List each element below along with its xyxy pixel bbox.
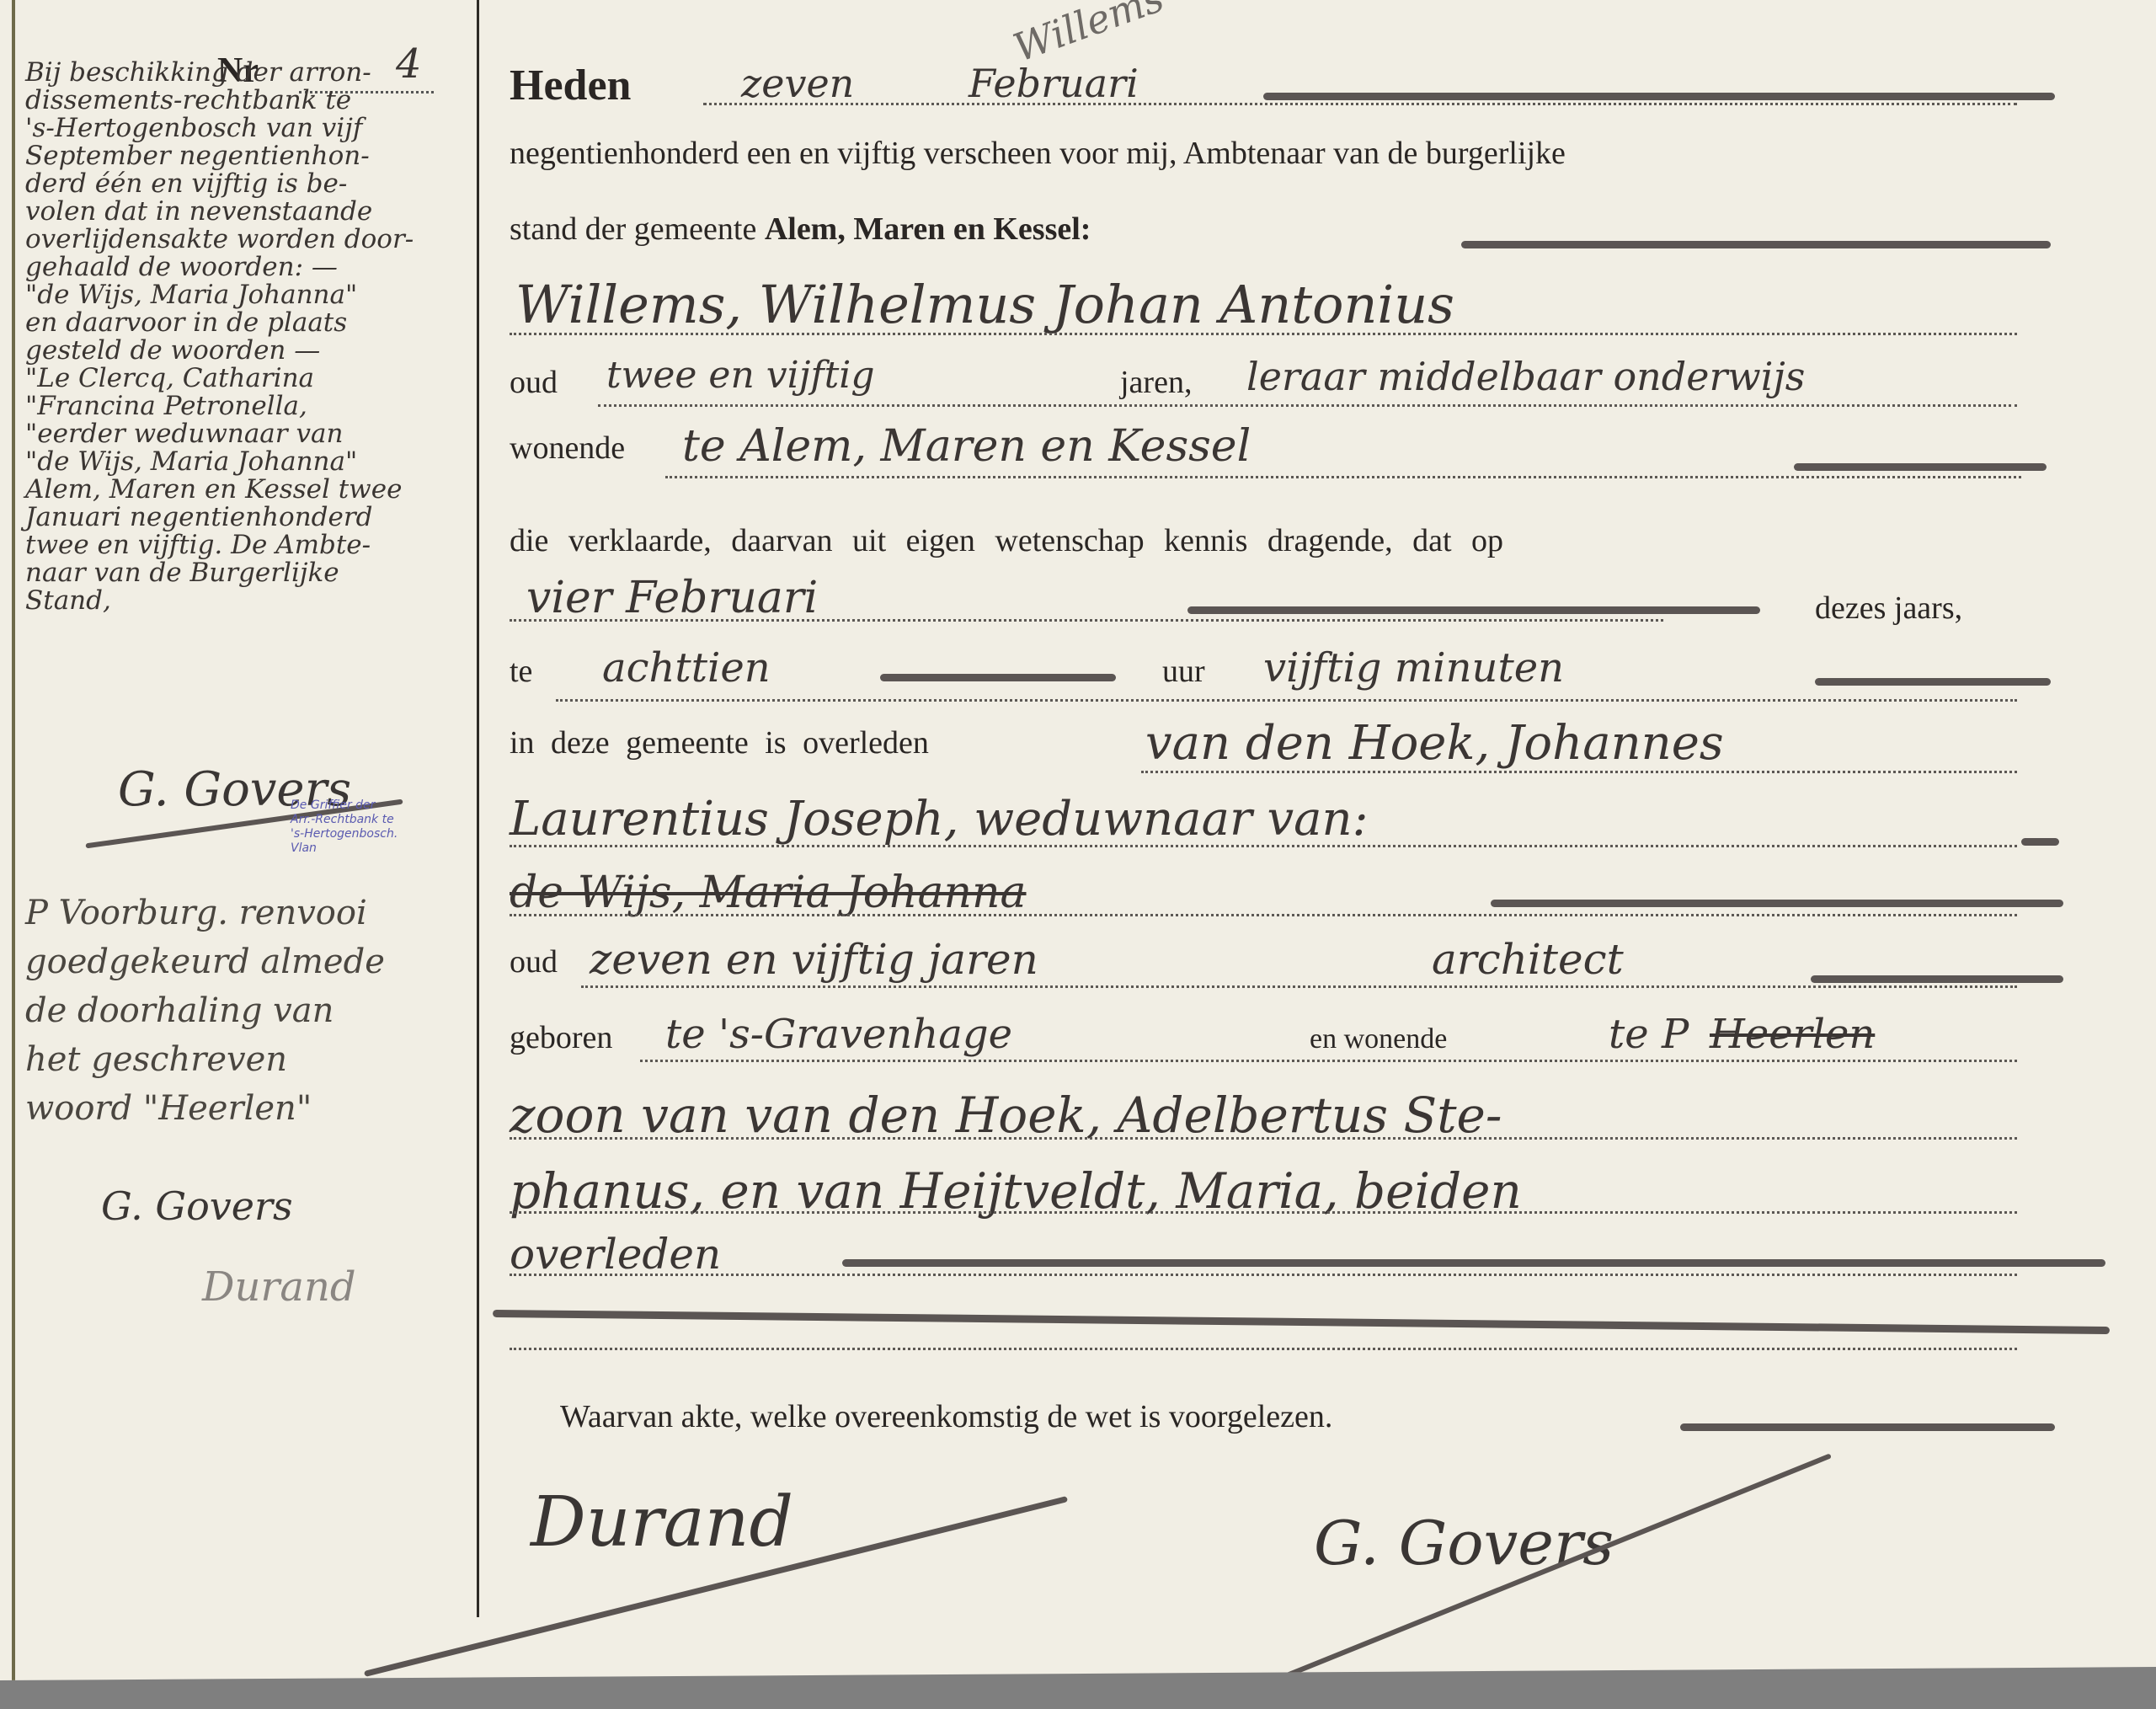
margin-line: Bij beschikking der arron- bbox=[25, 59, 472, 87]
dotted-rule bbox=[510, 1211, 2017, 1214]
dotted-rule bbox=[1141, 771, 2017, 773]
en-wonende-label: en wonende bbox=[1310, 1023, 1447, 1055]
margin-line: dissements-rechtbank te bbox=[25, 87, 472, 115]
margin-line: "eerder weduwnaar van bbox=[25, 420, 472, 448]
approval-note: P Voorburg. renvooi goedgekeurd almede d… bbox=[25, 889, 472, 1133]
fill-dash bbox=[2021, 838, 2059, 846]
dotted-rule bbox=[665, 476, 2021, 478]
fill-dash bbox=[1263, 93, 2055, 100]
fill-dash bbox=[842, 1259, 2105, 1267]
dotted-rule bbox=[510, 845, 2017, 847]
geboren-label: geboren bbox=[510, 1019, 612, 1056]
oud-label-2: oud bbox=[510, 943, 558, 980]
approval-line: goedgekeurd almede bbox=[25, 937, 472, 986]
margin-divider bbox=[477, 0, 479, 1617]
uur-label: uur bbox=[1162, 653, 1205, 690]
fill-dash bbox=[493, 1310, 2110, 1334]
fill-dash bbox=[880, 674, 1116, 681]
death-hour: achttien bbox=[602, 644, 771, 692]
deceased-residence-struck: Heerlen bbox=[1710, 1011, 1875, 1058]
municipality-name: Alem, Maren en Kessel: bbox=[765, 211, 1091, 247]
margin-line: "Le Clercq, Catharina bbox=[25, 365, 472, 393]
margin-line: September negentienhon- bbox=[25, 142, 472, 170]
margin-line: gesteld de woorden — bbox=[25, 337, 472, 365]
declarant-signature: Durand bbox=[531, 1482, 793, 1562]
wonende-label: wonende bbox=[510, 430, 625, 467]
deceased-name-part2: Laurentius Joseph, weduwnaar van: bbox=[510, 792, 1368, 846]
margin-line: Stand, bbox=[25, 587, 472, 615]
date-month: Februari bbox=[969, 61, 1139, 106]
fill-dash bbox=[1187, 606, 1760, 614]
stamp-line: Vlan bbox=[291, 841, 467, 856]
approval-second-signature: Durand bbox=[202, 1263, 356, 1311]
declarant-occupation: leraar middelbaar onderwijs bbox=[1246, 354, 1805, 399]
fill-dash bbox=[1794, 463, 2047, 471]
margin-line: overlijdensakte worden door- bbox=[25, 226, 472, 254]
death-date: vier Februari bbox=[526, 573, 818, 623]
margin-line: en daarvoor in de plaats bbox=[25, 309, 472, 337]
jaren-label: jaren, bbox=[1120, 364, 1192, 401]
death-minutes: vijftig minuten bbox=[1263, 644, 1564, 692]
margin-annotation: Bij beschikking der arron- dissements-re… bbox=[25, 59, 472, 615]
dotted-rule bbox=[581, 985, 2017, 988]
stamp-line: De Griffier der bbox=[291, 798, 467, 813]
body-line-3: stand der gemeente Alem, Maren en Kessel… bbox=[510, 211, 1091, 248]
approval-signature: G. Govers bbox=[101, 1183, 293, 1229]
margin-line: "de Wijs, Maria Johanna" bbox=[25, 281, 472, 309]
fill-dash bbox=[1815, 678, 2051, 686]
date-day: zeven bbox=[741, 61, 854, 106]
body-line-1: Heden bbox=[510, 61, 631, 110]
dotted-rule bbox=[510, 333, 2017, 335]
approval-line: de doorhaling van bbox=[25, 986, 472, 1035]
fill-dash bbox=[1461, 241, 2051, 248]
heden-label: Heden bbox=[510, 61, 631, 109]
dotted-rule bbox=[510, 1348, 2017, 1350]
margin-line: 's-Hertogenbosch van vijf bbox=[25, 115, 472, 142]
body-line-2: negentienhonderd een en vijftig verschee… bbox=[510, 135, 1566, 172]
closing-statement: Waarvan akte, welke overeenkomstig de we… bbox=[560, 1398, 1332, 1435]
oud-label: oud bbox=[510, 364, 558, 401]
dezes-jaars-label: dezes jaars, bbox=[1815, 590, 1962, 627]
registrar-signature: G. Govers bbox=[1314, 1508, 1614, 1578]
margin-line: twee en vijftig. De Ambte- bbox=[25, 531, 472, 559]
dotted-rule bbox=[640, 1060, 2017, 1062]
deceased-residence: te P bbox=[1609, 1011, 1689, 1058]
binding-edge bbox=[12, 0, 15, 1680]
fill-dash bbox=[1811, 975, 2063, 983]
margin-line: derd één en vijftig is be- bbox=[25, 170, 472, 198]
dotted-rule bbox=[510, 1274, 2017, 1276]
stamp-line: 's-Hertogenbosch. bbox=[291, 827, 467, 841]
declarant-residence: te Alem, Maren en Kessel bbox=[682, 421, 1251, 472]
approval-line: het geschreven bbox=[25, 1035, 472, 1084]
clerk-stamp-note: De Griffier der Arr.-Rechtbank te 's-Her… bbox=[291, 798, 467, 856]
dotted-rule bbox=[556, 699, 2017, 702]
margin-line: "de Wijs, Maria Johanna" bbox=[25, 448, 472, 476]
declarant-name: Willems, Wilhelmus Johan Antonius bbox=[515, 274, 1454, 335]
stand-label: stand der gemeente bbox=[510, 211, 756, 247]
spouse-name-struck: de Wijs, Maria Johanna bbox=[510, 868, 1027, 918]
stamp-line: Arr.-Rechtbank te bbox=[291, 813, 467, 827]
approval-line: P Voorburg. renvooi bbox=[25, 889, 472, 937]
margin-line: volen dat in nevenstaande bbox=[25, 198, 472, 226]
body-line-7: die verklaarde, daarvan uit eigen wetens… bbox=[510, 522, 1503, 559]
declarant-age: twee en vijftig bbox=[606, 354, 875, 397]
dotted-rule bbox=[510, 914, 2017, 916]
margin-line: "Francina Petronella, bbox=[25, 393, 472, 420]
father-name: zoon van van den Hoek, Adelbertus Ste- bbox=[510, 1087, 1502, 1144]
overleden-label: in deze gemeente is overleden bbox=[510, 724, 929, 761]
deceased-birthplace: te 's-Gravenhage bbox=[665, 1011, 1012, 1058]
approval-line: woord "Heerlen" bbox=[25, 1084, 472, 1133]
margin-line: Januari negentienhonderd bbox=[25, 504, 472, 531]
fill-dash bbox=[1491, 900, 2063, 907]
margin-line: naar van de Burgerlijke bbox=[25, 559, 472, 587]
te-label: te bbox=[510, 653, 532, 690]
margin-line: gehaald de woorden: — bbox=[25, 254, 472, 281]
deceased-age: zeven en vijftig jaren bbox=[590, 935, 1038, 984]
deceased-name-part1: van den Hoek, Johannes bbox=[1145, 716, 1724, 771]
dotted-rule bbox=[510, 1137, 2017, 1140]
fill-dash bbox=[1680, 1423, 2055, 1431]
margin-line: Alem, Maren en Kessel twee bbox=[25, 476, 472, 504]
deceased-occupation: architect bbox=[1432, 935, 1624, 984]
dotted-rule bbox=[703, 103, 2017, 105]
parents-status: overleden bbox=[510, 1230, 721, 1279]
dotted-rule bbox=[598, 404, 2017, 407]
document-page: Nr 4 Bij beschikking der arron- dissemen… bbox=[0, 0, 2156, 1680]
dotted-rule bbox=[510, 619, 1663, 622]
